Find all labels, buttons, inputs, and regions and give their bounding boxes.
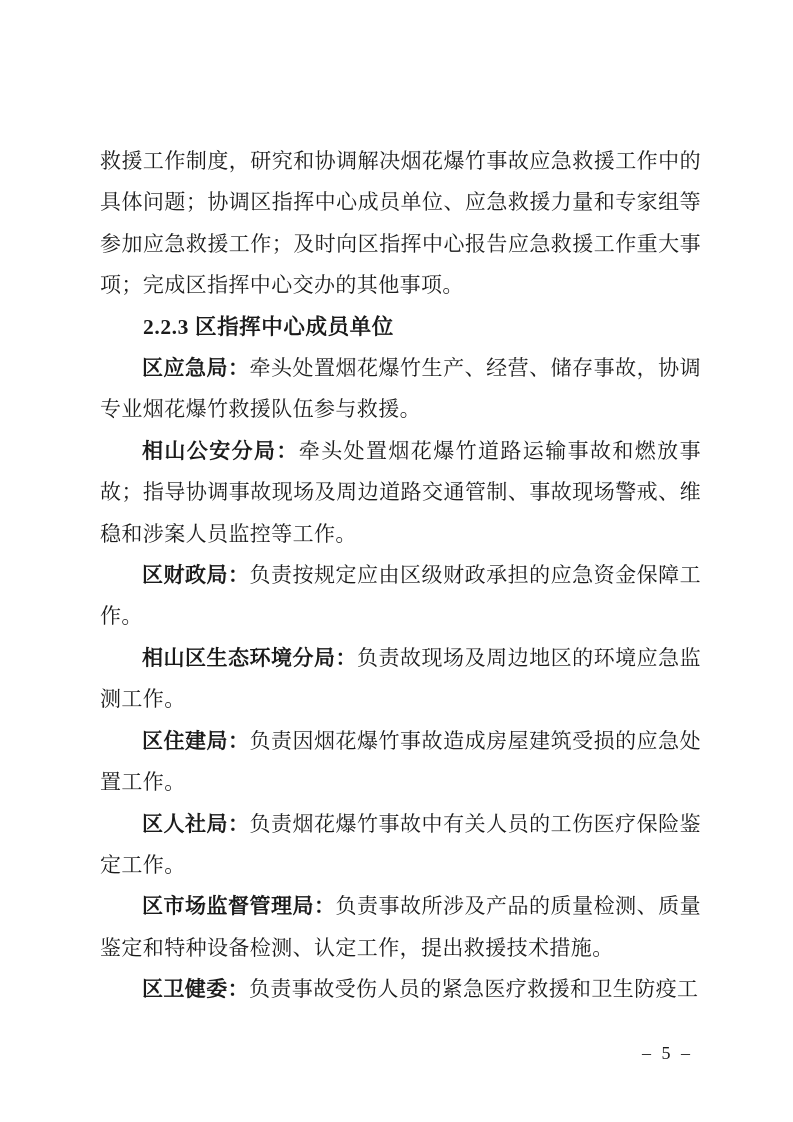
dept-entry-emergency-bureau: 区应急局：牵头处置烟花爆竹生产、经营、储存事故，协调专业烟花爆竹救援队伍参与救援… xyxy=(100,348,701,431)
dept-entry-health-commission: 区卫健委：负责事故受伤人员的紧急医疗救援和卫生防疫工 xyxy=(100,969,701,1010)
dept-entry-housing-bureau: 区住建局：负责因烟花爆竹事故造成房屋建筑受损的应急处置工作。 xyxy=(100,721,701,804)
page-number: – 5 – xyxy=(642,1042,693,1064)
dept-entry-human-resources: 区人社局：负责烟花爆竹事故中有关人员的工伤医疗保险鉴定工作。 xyxy=(100,804,701,887)
dept-duty: 负责事故受伤人员的紧急医疗救援和卫生防疫工 xyxy=(249,977,698,1001)
dept-name: 区财政局： xyxy=(142,563,250,587)
document-page: 救援工作制度，研究和协调解决烟花爆竹事故应急救援工作中的具体问题；协调区指挥中心… xyxy=(0,0,793,1122)
dept-name: 区人社局： xyxy=(142,812,250,836)
document-body: 救援工作制度，研究和协调解决烟花爆竹事故应急救援工作中的具体问题；协调区指挥中心… xyxy=(100,141,701,1011)
dept-name: 相山区生态环境分局： xyxy=(142,646,357,670)
dept-name: 区住建局： xyxy=(142,729,250,753)
dept-name: 区卫健委： xyxy=(142,977,249,1001)
dept-entry-market-supervision: 区市场监督管理局：负责事故所涉及产品的质量检测、质量鉴定和特种设备检测、认定工作… xyxy=(100,886,701,969)
dept-entry-public-security: 相山公安分局：牵头处置烟花爆竹道路运输事故和燃放事故；指导协调事故现场及周边道路… xyxy=(100,431,701,555)
dept-entry-ecology-environment: 相山区生态环境分局：负责故现场及周边地区的环境应急监测工作。 xyxy=(100,638,701,721)
section-heading-2-2-3: 2.2.3 区指挥中心成员单位 xyxy=(100,307,701,348)
dept-entry-finance-bureau: 区财政局：负责按规定应由区级财政承担的应急资金保障工作。 xyxy=(100,555,701,638)
dept-name: 相山公安分局： xyxy=(142,439,299,463)
continuation-paragraph: 救援工作制度，研究和协调解决烟花爆竹事故应急救援工作中的具体问题；协调区指挥中心… xyxy=(100,141,701,307)
dept-name: 区市场监督管理局： xyxy=(142,894,336,918)
dept-name: 区应急局： xyxy=(142,356,250,380)
